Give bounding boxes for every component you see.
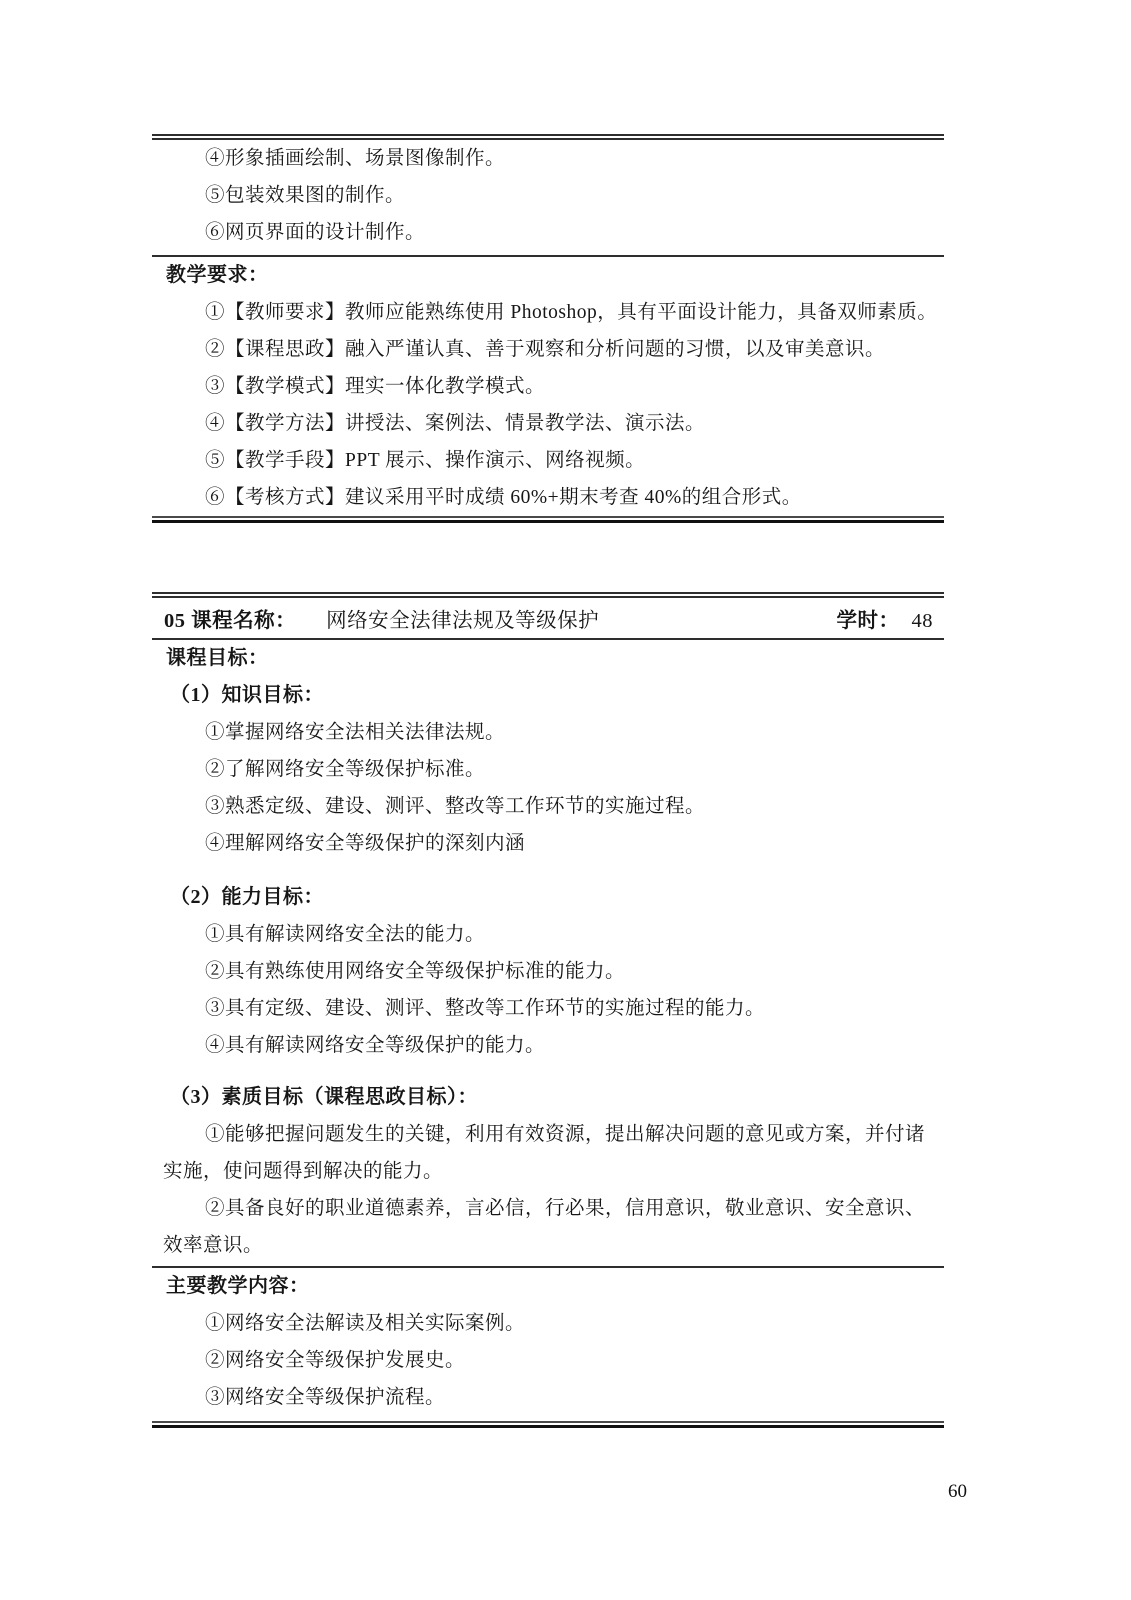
- objective-item: ②了解网络安全等级保护标准。: [152, 751, 944, 788]
- requirement-item: ③【教学模式】理实一体化教学模式。: [152, 368, 944, 405]
- design-task-item: ⑥网页界面的设计制作。: [152, 214, 944, 251]
- quality-objective-paragraph: ②具备良好的职业道德素养，言必信，行必果，信用意识，敬业意识、安全意识、效率意识…: [152, 1190, 944, 1264]
- requirement-item: ①【教师要求】教师应能熟练使用 Photoshop，具有平面设计能力，具备双师素…: [152, 294, 944, 331]
- course-hours-group: 学时：48: [837, 603, 934, 633]
- table-bottom-rule: [152, 516, 944, 523]
- requirement-item: ⑥【考核方式】建议采用平时成绩 60%+期末考查 40%的组合形式。: [152, 479, 944, 516]
- course-number-label: 05 课程名称：: [164, 610, 296, 632]
- objective-item: ④具有解读网络安全等级保护的能力。: [152, 1027, 944, 1064]
- requirement-item: ②【课程思政】融入严谨认真、善于观察和分析问题的习惯，以及审美意识。: [152, 331, 944, 368]
- content-item: ①网络安全法解读及相关实际案例。: [152, 1305, 944, 1342]
- document-page: ④形象插画绘制、场景图像制作。 ⑤包装效果图的制作。 ⑥网页界面的设计制作。 教…: [0, 0, 1131, 1600]
- objective-section-title-quality: （3）素质目标（课程思政目标）：: [152, 1079, 944, 1116]
- main-content-heading: 主要教学内容：: [152, 1268, 944, 1305]
- objective-item: ②具有熟练使用网络安全等级保护标准的能力。: [152, 953, 944, 990]
- objective-item: ①具有解读网络安全法的能力。: [152, 916, 944, 953]
- course-header-row: 05 课程名称：网络安全法律法规及等级保护 学时：48: [152, 598, 944, 638]
- course-objectives-heading: 课程目标：: [152, 640, 944, 677]
- page-number: 60: [948, 1481, 967, 1503]
- quality-objective-paragraph: ①能够把握问题发生的关键，利用有效资源，提出解决问题的意见或方案，并付诸实施，使…: [152, 1116, 944, 1190]
- page-content: ④形象插画绘制、场景图像制作。 ⑤包装效果图的制作。 ⑥网页界面的设计制作。 教…: [152, 0, 944, 1428]
- objective-section-title-ability: （2）能力目标：: [152, 879, 944, 916]
- content-item: ③网络安全等级保护流程。: [152, 1379, 944, 1416]
- objective-item: ④理解网络安全等级保护的深刻内涵: [152, 825, 944, 862]
- requirement-item: ⑤【教学手段】PPT 展示、操作演示、网络视频。: [152, 442, 944, 479]
- design-task-item: ④形象插画绘制、场景图像制作。: [152, 140, 944, 177]
- hours-value: 48: [912, 610, 934, 632]
- design-task-item: ⑤包装效果图的制作。: [152, 177, 944, 214]
- objective-item: ③熟悉定级、建设、测评、整改等工作环节的实施过程。: [152, 788, 944, 825]
- content-item: ②网络安全等级保护发展史。: [152, 1342, 944, 1379]
- objective-item: ③具有定级、建设、测评、整改等工作环节的实施过程的能力。: [152, 990, 944, 1027]
- course-name: 网络安全法律法规及等级保护: [326, 610, 599, 632]
- requirement-item: ④【教学方法】讲授法、案例法、情景教学法、演示法。: [152, 405, 944, 442]
- objective-item: ①掌握网络安全法相关法律法规。: [152, 714, 944, 751]
- hours-label: 学时：: [837, 610, 900, 632]
- teaching-requirements-heading: 教学要求：: [152, 257, 944, 294]
- objective-section-title-knowledge: （1）知识目标：: [152, 677, 944, 714]
- course-title-group: 05 课程名称：网络安全法律法规及等级保护: [164, 603, 599, 633]
- course-table-bottom-rule: [152, 1421, 944, 1428]
